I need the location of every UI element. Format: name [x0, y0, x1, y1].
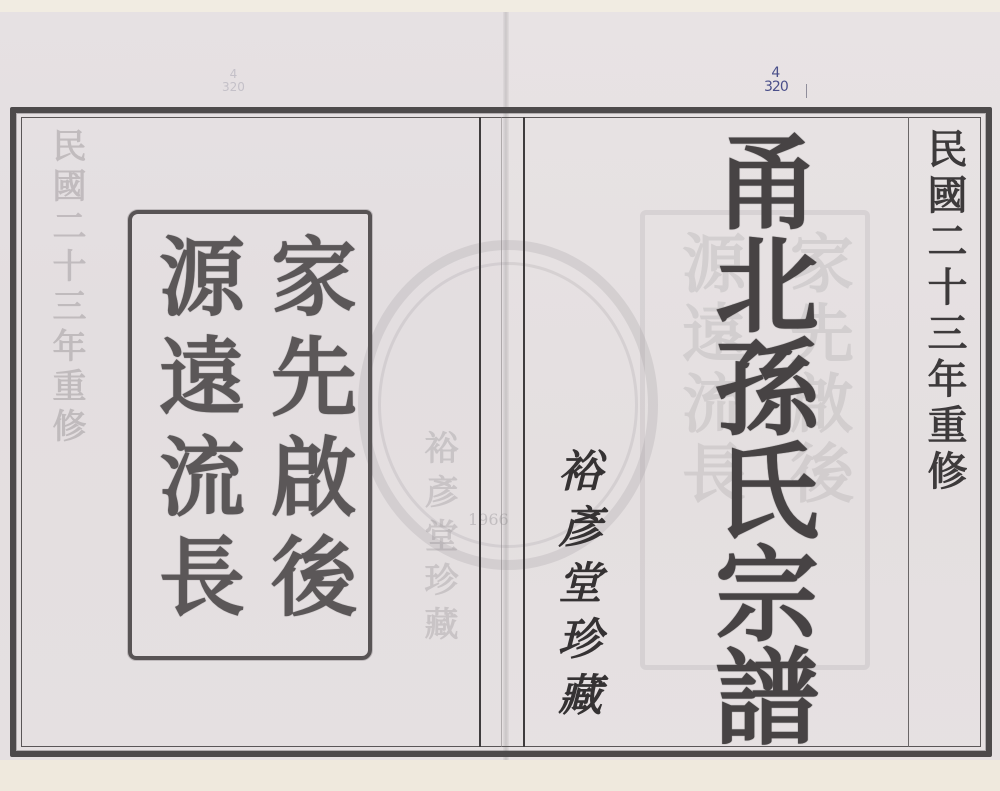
bleed-through-catalog-line2: 320 — [222, 80, 245, 94]
seal-inscription-right-column: 家先啟後 — [252, 232, 360, 632]
seal-inscription-left-column: 源遠流長 — [140, 232, 248, 632]
seal-script-cartouche: 家先啟後 源遠流長 — [128, 210, 372, 660]
bleed-through-catalog-mark: 4 320 — [222, 68, 245, 94]
scanned-page-spread: 1966 民國二十三年重修 裕彥堂珍藏 源遠流長 家先啟後 4 320 家先啟後… — [0, 0, 1000, 791]
bleed-through-catalog-line1: 4 — [230, 67, 238, 81]
edition-column-rule — [908, 117, 909, 747]
center-column-rule-left — [479, 117, 481, 747]
catalog-mark-line2: 320 — [764, 80, 788, 94]
collector-note: 裕彥堂珍藏 — [545, 448, 605, 728]
center-column-rule-right — [523, 117, 525, 747]
pencil-catalog-mark: 4 320 — [764, 66, 788, 94]
edition-note: 民國二十三年重修 — [916, 128, 972, 496]
bottom-margin — [0, 760, 1000, 791]
genealogy-title: 甬北孫氏宗譜 — [688, 128, 828, 746]
pencil-tick-mark — [806, 84, 807, 98]
center-fold-line — [501, 117, 502, 747]
catalog-mark-line1: 4 — [764, 66, 788, 80]
